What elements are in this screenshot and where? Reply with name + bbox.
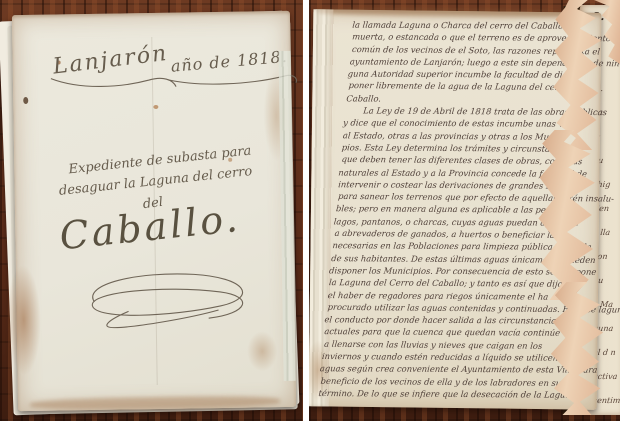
left-photo: Lanjarón año de 1818. Expediente de suba… [0,0,303,421]
ink-stain [153,105,158,109]
photo-collage: Lanjarón año de 1818. Expediente de suba… [0,0,620,421]
manuscript-line: el conducto por donde hacer salida a las… [324,313,577,327]
manuscript-line: disponer los Municipios. Por consecuenci… [329,264,582,278]
right-photo: L. y a m. Fa le qu chig Cen é lla con qu… [309,0,620,421]
ink-stain [23,97,28,104]
edge-stain [247,331,278,371]
rubric-flourish-icon [68,259,265,334]
manuscript-line: a llenarse con las lluvias y nieves que … [324,337,577,352]
manuscript-line: la Laguna del Cerro del Caballo; y tanto… [328,276,581,290]
cover-title-caballo: Caballo. [57,196,242,258]
manuscript-line: beneficio de los vecinos de ella y de lo… [320,374,573,389]
underline-flourish-icon [47,71,179,97]
cover-page: Lanjarón año de 1818. Expediente de suba… [12,11,296,411]
